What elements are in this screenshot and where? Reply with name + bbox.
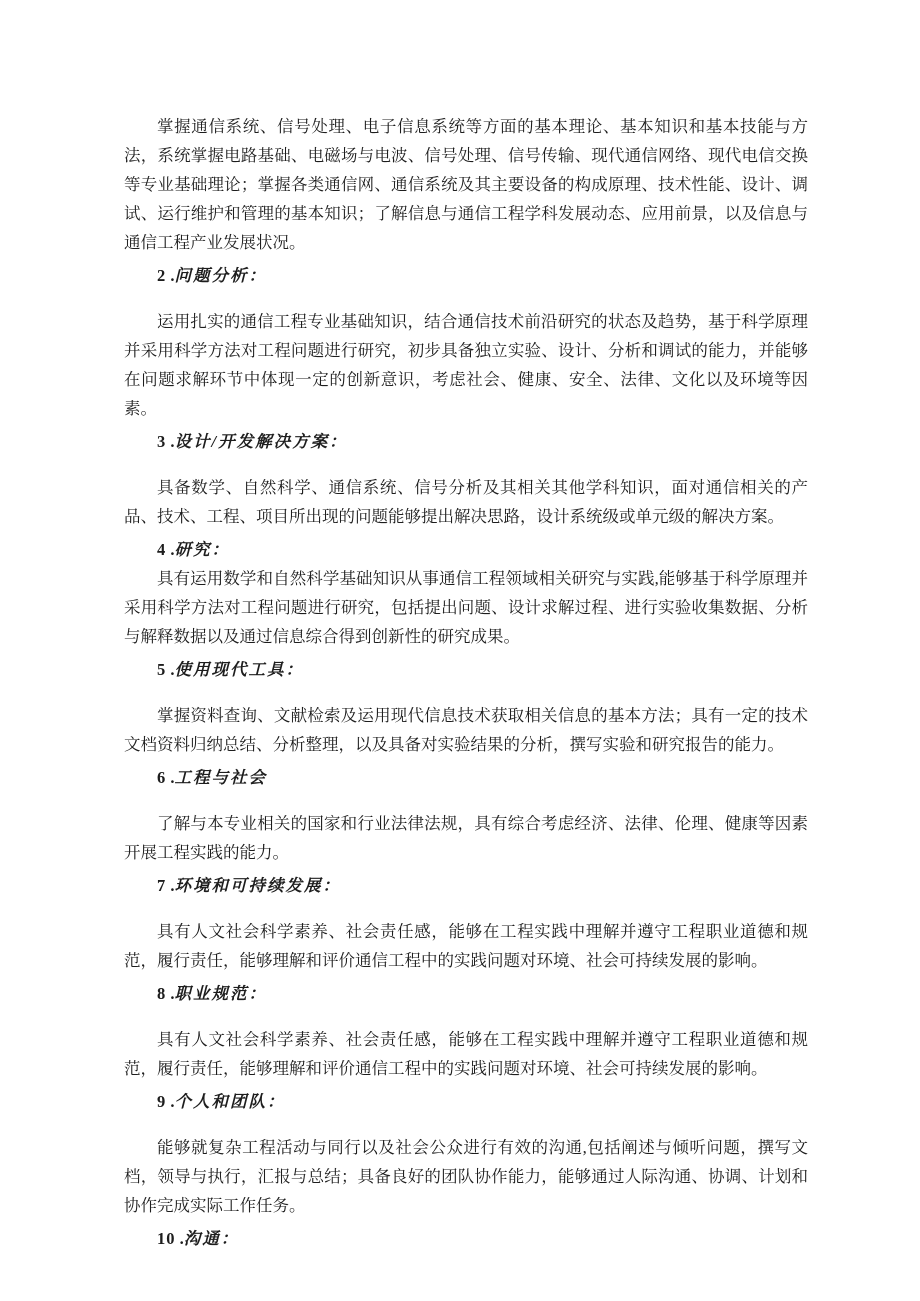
heading-number: 10 [157,1229,176,1248]
heading-number: 3 [157,432,166,451]
heading-engineering-society: 6 .工程与社会 [124,763,808,792]
heading-title: 设计/开发解决方案： [175,432,348,451]
paragraph-professional-norms: 具有人文社会科学素养、社会责任感，能够在工程实践中理解并遵守工程职业道德和规范，… [124,1025,808,1083]
paragraph-problem-analysis: 运用扎实的通信工程专业基础知识，结合通信技术前沿研究的状态及趋势，基于科学原理并… [124,307,808,423]
heading-research: 4 .研究： [124,535,808,564]
heading-separator: . [166,266,174,285]
heading-title: 使用现代工具： [175,660,305,679]
heading-separator: . [166,660,174,679]
heading-title: 工程与社会 [175,768,268,787]
paragraph-research: 具有运用数学和自然科学基础知识从事通信工程领域相关研究与实践,能够基于科学原理并… [124,564,808,651]
heading-number: 8 [157,984,166,1003]
paragraph-knowledge-mastery: 掌握通信系统、信号处理、电子信息系统等方面的基本理论、基本知识和基本技能与方法，… [124,112,808,257]
document-page: 掌握通信系统、信号处理、电子信息系统等方面的基本理论、基本知识和基本技能与方法，… [0,0,920,1301]
heading-number: 9 [157,1092,166,1111]
heading-title: 个人和团队： [175,1092,286,1111]
heading-separator: . [166,1092,174,1111]
heading-separator: . [166,768,174,787]
heading-separator: . [166,540,174,559]
paragraph-individual-team: 能够就复杂工程活动与同行以及社会公众进行有效的沟通,包括阐述与倾听问题，撰写文档… [124,1133,808,1220]
heading-professional-norms: 8 .职业规范： [124,979,808,1008]
heading-separator: . [166,876,174,895]
heading-number: 2 [157,266,166,285]
heading-separator: . [166,432,174,451]
heading-title: 环境和可持续发展： [175,876,342,895]
heading-individual-team: 9 .个人和团队： [124,1087,808,1116]
heading-number: 7 [157,876,166,895]
heading-separator: . [166,984,174,1003]
paragraph-environment-sustainability: 具有人文社会科学素养、社会责任感，能够在工程实践中理解并遵守工程职业道德和规范，… [124,917,808,975]
heading-problem-analysis: 2 .问题分析： [124,261,808,290]
heading-number: 4 [157,540,166,559]
heading-number: 5 [157,660,166,679]
paragraph-design-solutions: 具备数学、自然科学、通信系统、信号分析及其相关其他学科知识，面对通信相关的产品、… [124,473,808,531]
heading-separator: . [176,1229,184,1248]
paragraph-modern-tools: 掌握资料查询、文献检索及运用现代信息技术获取相关信息的基本方法；具有一定的技术文… [124,701,808,759]
heading-design-solutions: 3 .设计/开发解决方案： [124,427,808,456]
heading-number: 6 [157,768,166,787]
heading-title: 问题分析： [175,266,268,285]
heading-title: 研究： [175,540,231,559]
heading-title: 职业规范： [175,984,268,1003]
heading-modern-tools: 5 .使用现代工具： [124,655,808,684]
heading-environment-sustainability: 7 .环境和可持续发展： [124,871,808,900]
paragraph-engineering-society: 了解与本专业相关的国家和行业法律法规，具有综合考虑经济、法律、伦理、健康等因素开… [124,809,808,867]
heading-communication: 10 .沟通： [124,1224,808,1253]
heading-title: 沟通： [184,1229,240,1248]
